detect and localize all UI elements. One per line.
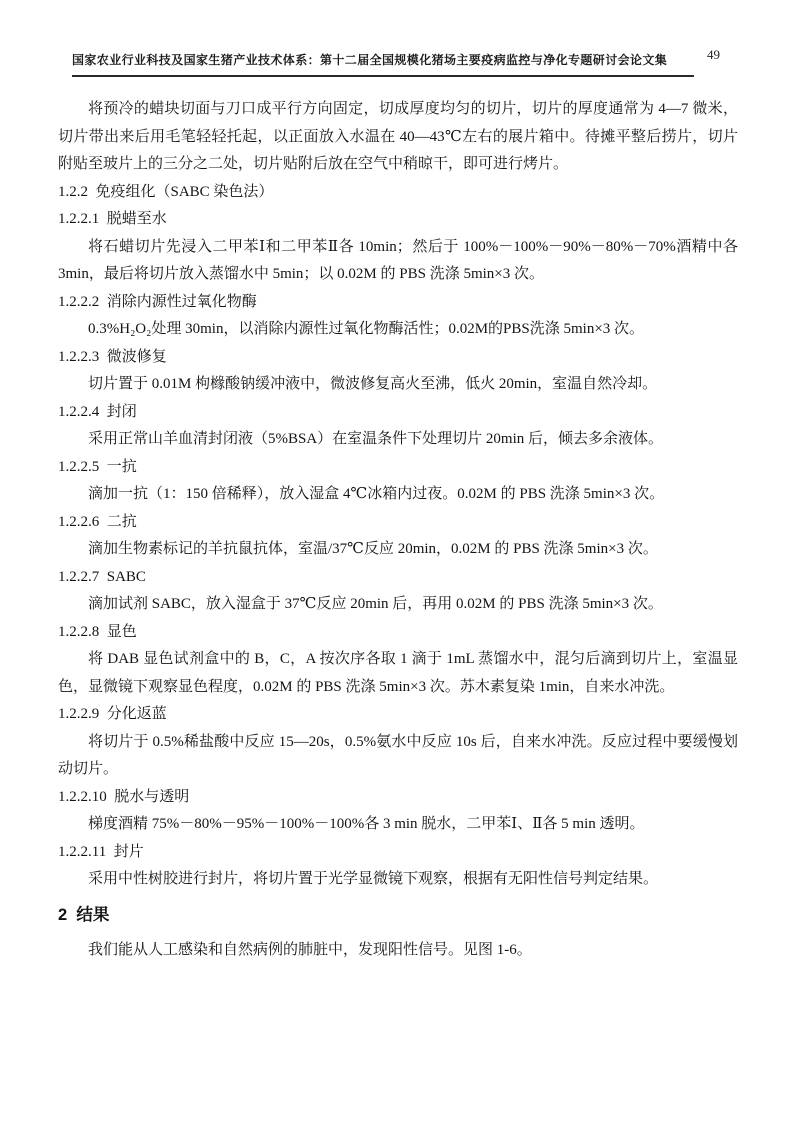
section-heading-1-2-2-5: 1.2.2.5 一抗 <box>58 454 738 482</box>
paragraph-differentiation: 将切片于 0.5%稀盐酸中反应 15—20s，0.5%氨水中反应 10s 后，自… <box>58 729 738 784</box>
section-heading-1-2-2: 1.2.2 免疫组化（SABC 染色法） <box>58 179 738 207</box>
section-heading-1-2-2-3: 1.2.2.3 微波修复 <box>58 344 738 372</box>
document-body: 将预冷的蜡块切面与刀口成平行方向固定，切成厚度均匀的切片，切片的厚度通常为 4—… <box>58 96 738 965</box>
paragraph-microwave: 切片置于 0.01M 枸橼酸钠缓冲液中，微波修复高火至沸，低火 20min，室温… <box>58 371 738 399</box>
paragraph-results: 我们能从人工感染和自然病例的肺脏中，发现阳性信号。见图 1-6。 <box>58 937 738 965</box>
paragraph-secondary-antibody: 滴加生物素标记的羊抗鼠抗体，室温/37℃反应 20min，0.02M 的 PBS… <box>58 536 738 564</box>
paragraph-dab-coloring: 将 DAB 显色试剂盒中的 B，C，A 按次序各取 1 滴于 1mL 蒸馏水中，… <box>58 646 738 701</box>
running-header-title: 国家农业行业科技及国家生猪产业技术体系：第十二届全国规模化猪场主要疫病监控与净化… <box>72 52 694 77</box>
paragraph-mounting: 采用中性树胶进行封片，将切片置于光学显微镜下观察，根据有无阳性信号判定结果。 <box>58 866 738 894</box>
section-heading-1-2-2-6: 1.2.2.6 二抗 <box>58 509 738 537</box>
paragraph-sabc-reagent: 滴加试剂 SABC，放入湿盒于 37℃反应 20min 后，再用 0.02M 的… <box>58 591 738 619</box>
document-page: 国家农业行业科技及国家生猪产业技术体系：第十二届全国规模化猪场主要疫病监控与净化… <box>0 0 793 1122</box>
section-heading-1-2-2-11: 1.2.2.11 封片 <box>58 839 738 867</box>
paragraph-primary-antibody: 滴加一抗（1：150 倍稀释），放入湿盒 4℃冰箱内过夜。0.02M 的 PBS… <box>58 481 738 509</box>
section-heading-1-2-2-9: 1.2.2.9 分化返蓝 <box>58 701 738 729</box>
section-heading-1-2-2-7: 1.2.2.7 SABC <box>58 564 738 592</box>
paragraph-peroxidase: 0.3%H₂O₂处理 30min，以消除内源性过氧化物酶活性；0.02M的PBS… <box>58 316 738 344</box>
section-heading-1-2-2-10: 1.2.2.10 脱水与透明 <box>58 784 738 812</box>
paragraph-blocking: 采用正常山羊血清封闭液（5%BSA）在室温条件下处理切片 20min 后，倾去多… <box>58 426 738 454</box>
section-heading-1-2-2-1: 1.2.2.1 脱蜡至水 <box>58 206 738 234</box>
paragraph-dehydration: 梯度酒精 75%－80%－95%－100%－100%各 3 min 脱水，二甲苯… <box>58 811 738 839</box>
paragraph-slide-fixing: 将预冷的蜡块切面与刀口成平行方向固定，切成厚度均匀的切片，切片的厚度通常为 4—… <box>58 96 738 179</box>
paragraph-dewaxing: 将石蜡切片先浸入二甲苯Ⅰ和二甲苯Ⅱ各 10min；然后于 100%－100%－9… <box>58 234 738 289</box>
section-heading-1-2-2-4: 1.2.2.4 封闭 <box>58 399 738 427</box>
page-number: 49 <box>707 47 720 63</box>
section-heading-1-2-2-2: 1.2.2.2 消除内源性过氧化物酶 <box>58 289 738 317</box>
section-heading-results: 2 结果 <box>58 902 738 930</box>
section-heading-1-2-2-8: 1.2.2.8 显色 <box>58 619 738 647</box>
